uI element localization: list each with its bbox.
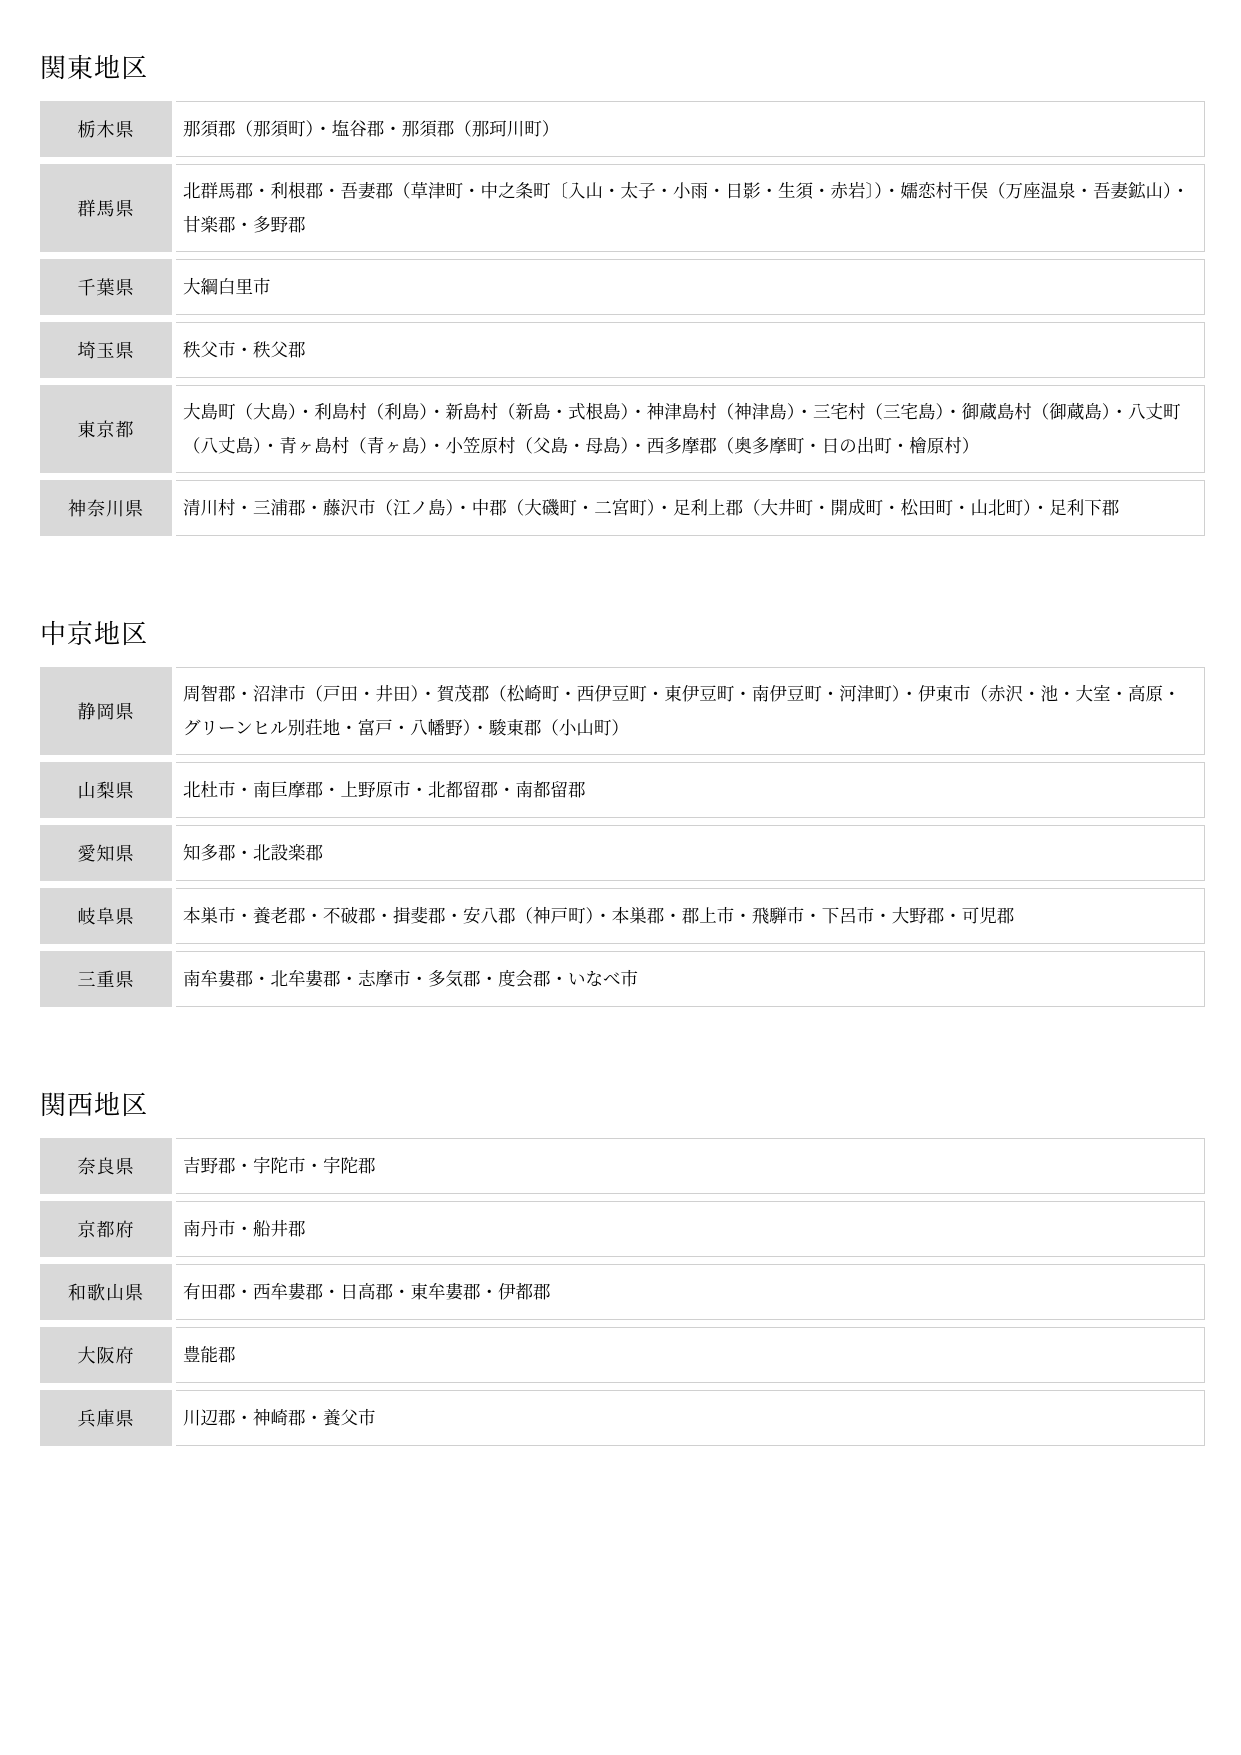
prefecture-cell: 愛知県 (40, 825, 172, 881)
areas-cell: 有田郡・西牟婁郡・日高郡・東牟婁郡・伊都郡 (176, 1264, 1205, 1320)
table-row: 神奈川県 清川村・三浦郡・藤沢市（江ノ島）・中郡（大磯町・二宮町）・足利上郡（大… (40, 480, 1205, 536)
table-row: 静岡県 周智郡・沼津市（戸田・井田）・賀茂郡（松崎町・西伊豆町・東伊豆町・南伊豆… (40, 667, 1205, 755)
table-row: 千葉県 大綱白里市 (40, 259, 1205, 315)
areas-cell: 北杜市・南巨摩郡・上野原市・北都留郡・南都留郡 (176, 762, 1205, 818)
areas-cell: 周智郡・沼津市（戸田・井田）・賀茂郡（松崎町・西伊豆町・東伊豆町・南伊豆町・河津… (176, 667, 1205, 755)
table-row: 奈良県 吉野郡・宇陀市・宇陀郡 (40, 1138, 1205, 1194)
prefecture-cell: 静岡県 (40, 667, 172, 755)
region-table: 栃木県 那須郡（那須町）・塩谷郡・那須郡（那珂川町） 群馬県 北群馬郡・利根郡・… (40, 101, 1205, 536)
table-row: 和歌山県 有田郡・西牟婁郡・日高郡・東牟婁郡・伊都郡 (40, 1264, 1205, 1320)
areas-cell: 知多郡・北設楽郡 (176, 825, 1205, 881)
areas-cell: 豊能郡 (176, 1327, 1205, 1383)
areas-cell: 北群馬郡・利根郡・吾妻郡（草津町・中之条町〔入山・太子・小雨・日影・生須・赤岩〕… (176, 164, 1205, 252)
prefecture-cell: 京都府 (40, 1201, 172, 1257)
areas-cell: 吉野郡・宇陀市・宇陀郡 (176, 1138, 1205, 1194)
table-row: 山梨県 北杜市・南巨摩郡・上野原市・北都留郡・南都留郡 (40, 762, 1205, 818)
region-section: 関東地区 栃木県 那須郡（那須町）・塩谷郡・那須郡（那珂川町） 群馬県 北群馬郡… (40, 48, 1205, 536)
region-title: 中京地区 (40, 614, 1205, 651)
prefecture-cell: 東京都 (40, 385, 172, 473)
prefecture-cell: 群馬県 (40, 164, 172, 252)
prefecture-cell: 埼玉県 (40, 322, 172, 378)
table-row: 兵庫県 川辺郡・神崎郡・養父市 (40, 1390, 1205, 1446)
areas-cell: 那須郡（那須町）・塩谷郡・那須郡（那珂川町） (176, 101, 1205, 157)
prefecture-cell: 山梨県 (40, 762, 172, 818)
table-row: 栃木県 那須郡（那須町）・塩谷郡・那須郡（那珂川町） (40, 101, 1205, 157)
document-page: 関東地区 栃木県 那須郡（那須町）・塩谷郡・那須郡（那珂川町） 群馬県 北群馬郡… (0, 0, 1241, 1755)
table-row: 大阪府 豊能郡 (40, 1327, 1205, 1383)
areas-cell: 本巣市・養老郡・不破郡・揖斐郡・安八郡（神戸町）・本巣郡・郡上市・飛騨市・下呂市… (176, 888, 1205, 944)
region-table: 奈良県 吉野郡・宇陀市・宇陀郡 京都府 南丹市・船井郡 和歌山県 有田郡・西牟婁… (40, 1138, 1205, 1446)
table-row: 愛知県 知多郡・北設楽郡 (40, 825, 1205, 881)
prefecture-cell: 岐阜県 (40, 888, 172, 944)
areas-cell: 南牟婁郡・北牟婁郡・志摩市・多気郡・度会郡・いなべ市 (176, 951, 1205, 1007)
region-table: 静岡県 周智郡・沼津市（戸田・井田）・賀茂郡（松崎町・西伊豆町・東伊豆町・南伊豆… (40, 667, 1205, 1007)
table-row: 群馬県 北群馬郡・利根郡・吾妻郡（草津町・中之条町〔入山・太子・小雨・日影・生須… (40, 164, 1205, 252)
table-row: 三重県 南牟婁郡・北牟婁郡・志摩市・多気郡・度会郡・いなべ市 (40, 951, 1205, 1007)
prefecture-cell: 三重県 (40, 951, 172, 1007)
prefecture-cell: 神奈川県 (40, 480, 172, 536)
areas-cell: 川辺郡・神崎郡・養父市 (176, 1390, 1205, 1446)
areas-cell: 清川村・三浦郡・藤沢市（江ノ島）・中郡（大磯町・二宮町）・足利上郡（大井町・開成… (176, 480, 1205, 536)
region-title: 関東地区 (40, 48, 1205, 85)
prefecture-cell: 和歌山県 (40, 1264, 172, 1320)
table-row: 京都府 南丹市・船井郡 (40, 1201, 1205, 1257)
areas-cell: 大島町（大島）・利島村（利島）・新島村（新島・式根島）・神津島村（神津島）・三宅… (176, 385, 1205, 473)
areas-cell: 秩父市・秩父郡 (176, 322, 1205, 378)
prefecture-cell: 兵庫県 (40, 1390, 172, 1446)
region-section: 関西地区 奈良県 吉野郡・宇陀市・宇陀郡 京都府 南丹市・船井郡 和歌山県 有田… (40, 1085, 1205, 1446)
prefecture-cell: 奈良県 (40, 1138, 172, 1194)
table-row: 岐阜県 本巣市・養老郡・不破郡・揖斐郡・安八郡（神戸町）・本巣郡・郡上市・飛騨市… (40, 888, 1205, 944)
prefecture-cell: 千葉県 (40, 259, 172, 315)
areas-cell: 大綱白里市 (176, 259, 1205, 315)
prefecture-cell: 大阪府 (40, 1327, 172, 1383)
table-row: 埼玉県 秩父市・秩父郡 (40, 322, 1205, 378)
table-row: 東京都 大島町（大島）・利島村（利島）・新島村（新島・式根島）・神津島村（神津島… (40, 385, 1205, 473)
region-title: 関西地区 (40, 1085, 1205, 1122)
region-section: 中京地区 静岡県 周智郡・沼津市（戸田・井田）・賀茂郡（松崎町・西伊豆町・東伊豆… (40, 614, 1205, 1007)
prefecture-cell: 栃木県 (40, 101, 172, 157)
areas-cell: 南丹市・船井郡 (176, 1201, 1205, 1257)
